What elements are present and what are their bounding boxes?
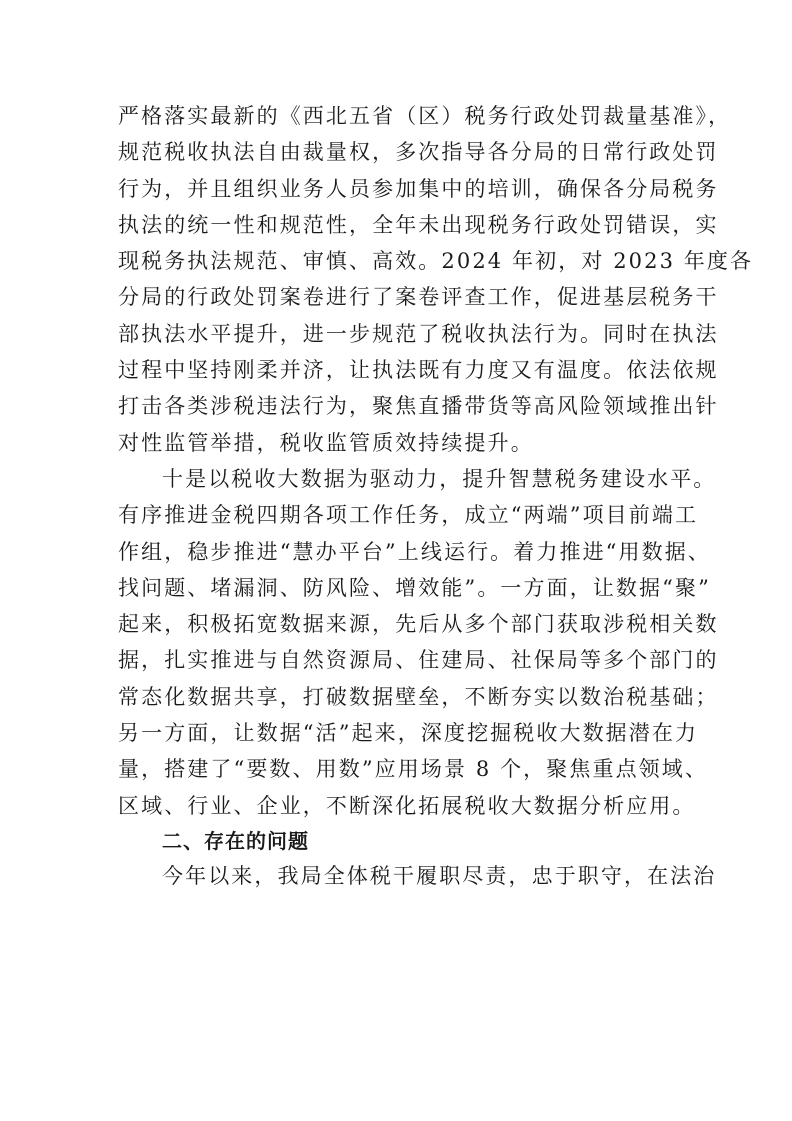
paragraph-enforcement: 严格落实最新的《西北五省（区）税务行政处罚裁量基准》， 规范税收执法自由裁量权，… (118, 98, 678, 461)
text-line: 找问题、堵漏洞、防风险、增效能”。一方面，让数据“聚” (118, 570, 678, 606)
text-line: 过程中坚持刚柔并济，让执法既有力度又有温度。依法依规 (118, 352, 678, 388)
text-line: 分局的行政处罚案卷进行了案卷评查工作，促进基层税务干 (118, 279, 678, 315)
text-line: 部执法水平提升，进一步规范了税收执法行为。同时在执法 (118, 316, 678, 352)
text-line: 十是以税收大数据为驱动力，提升智慧税务建设水平。 (118, 461, 678, 497)
document-page: 严格落实最新的《西北五省（区）税务行政处罚裁量基准》， 规范税收执法自由裁量权，… (0, 0, 792, 1121)
text-line: 现税务执法规范、审慎、高效。2024 年初，对 2023 年度各 (118, 243, 678, 279)
paragraph-problems: 今年以来，我局全体税干履职尽责，忠于职守，在法治 (118, 858, 678, 894)
text-line: 行为，并且组织业务人员参加集中的培训，确保各分局税务 (118, 171, 678, 207)
paragraph-big-data: 十是以税收大数据为驱动力，提升智慧税务建设水平。 有序推进金税四期各项工作任务，… (118, 461, 678, 824)
text-line: 区域、行业、企业，不断深化拓展税收大数据分析应用。 (118, 788, 678, 824)
text-line: 今年以来，我局全体税干履职尽责，忠于职守，在法治 (118, 858, 678, 894)
text-line: 起来，积极拓宽数据来源，先后从多个部门获取涉税相关数 (118, 606, 678, 642)
text-line: 另一方面，让数据“活”起来，深度挖掘税收大数据潜在力 (118, 715, 678, 751)
text-line: 打击各类涉税违法行为，聚焦直播带货等高风险领域推出针 (118, 388, 678, 424)
text-line: 规范税收执法自由裁量权，多次指导各分局的日常行政处罚 (118, 134, 678, 170)
text-line: 严格落实最新的《西北五省（区）税务行政处罚裁量基准》， (118, 98, 678, 134)
section-heading: 二、存在的问题 (118, 824, 678, 858)
text-line: 量，搭建了“要数、用数”应用场景 8 个，聚焦重点领域、 (118, 751, 678, 787)
text-line: 对性监管举措，税收监管质效持续提升。 (118, 425, 678, 461)
text-line: 执法的统一性和规范性，全年未出现税务行政处罚错误，实 (118, 207, 678, 243)
text-line: 据，扎实推进与自然资源局、住建局、社保局等多个部门的 (118, 642, 678, 678)
text-line: 作组，稳步推进“慧办平台”上线运行。着力推进“用数据、 (118, 534, 678, 570)
text-line: 有序推进金税四期各项工作任务，成立“两端”项目前端工 (118, 497, 678, 533)
text-line: 常态化数据共享，打破数据壁垒，不断夯实以数治税基础； (118, 679, 678, 715)
document-body: 严格落实最新的《西北五省（区）税务行政处罚裁量基准》， 规范税收执法自由裁量权，… (118, 98, 678, 894)
